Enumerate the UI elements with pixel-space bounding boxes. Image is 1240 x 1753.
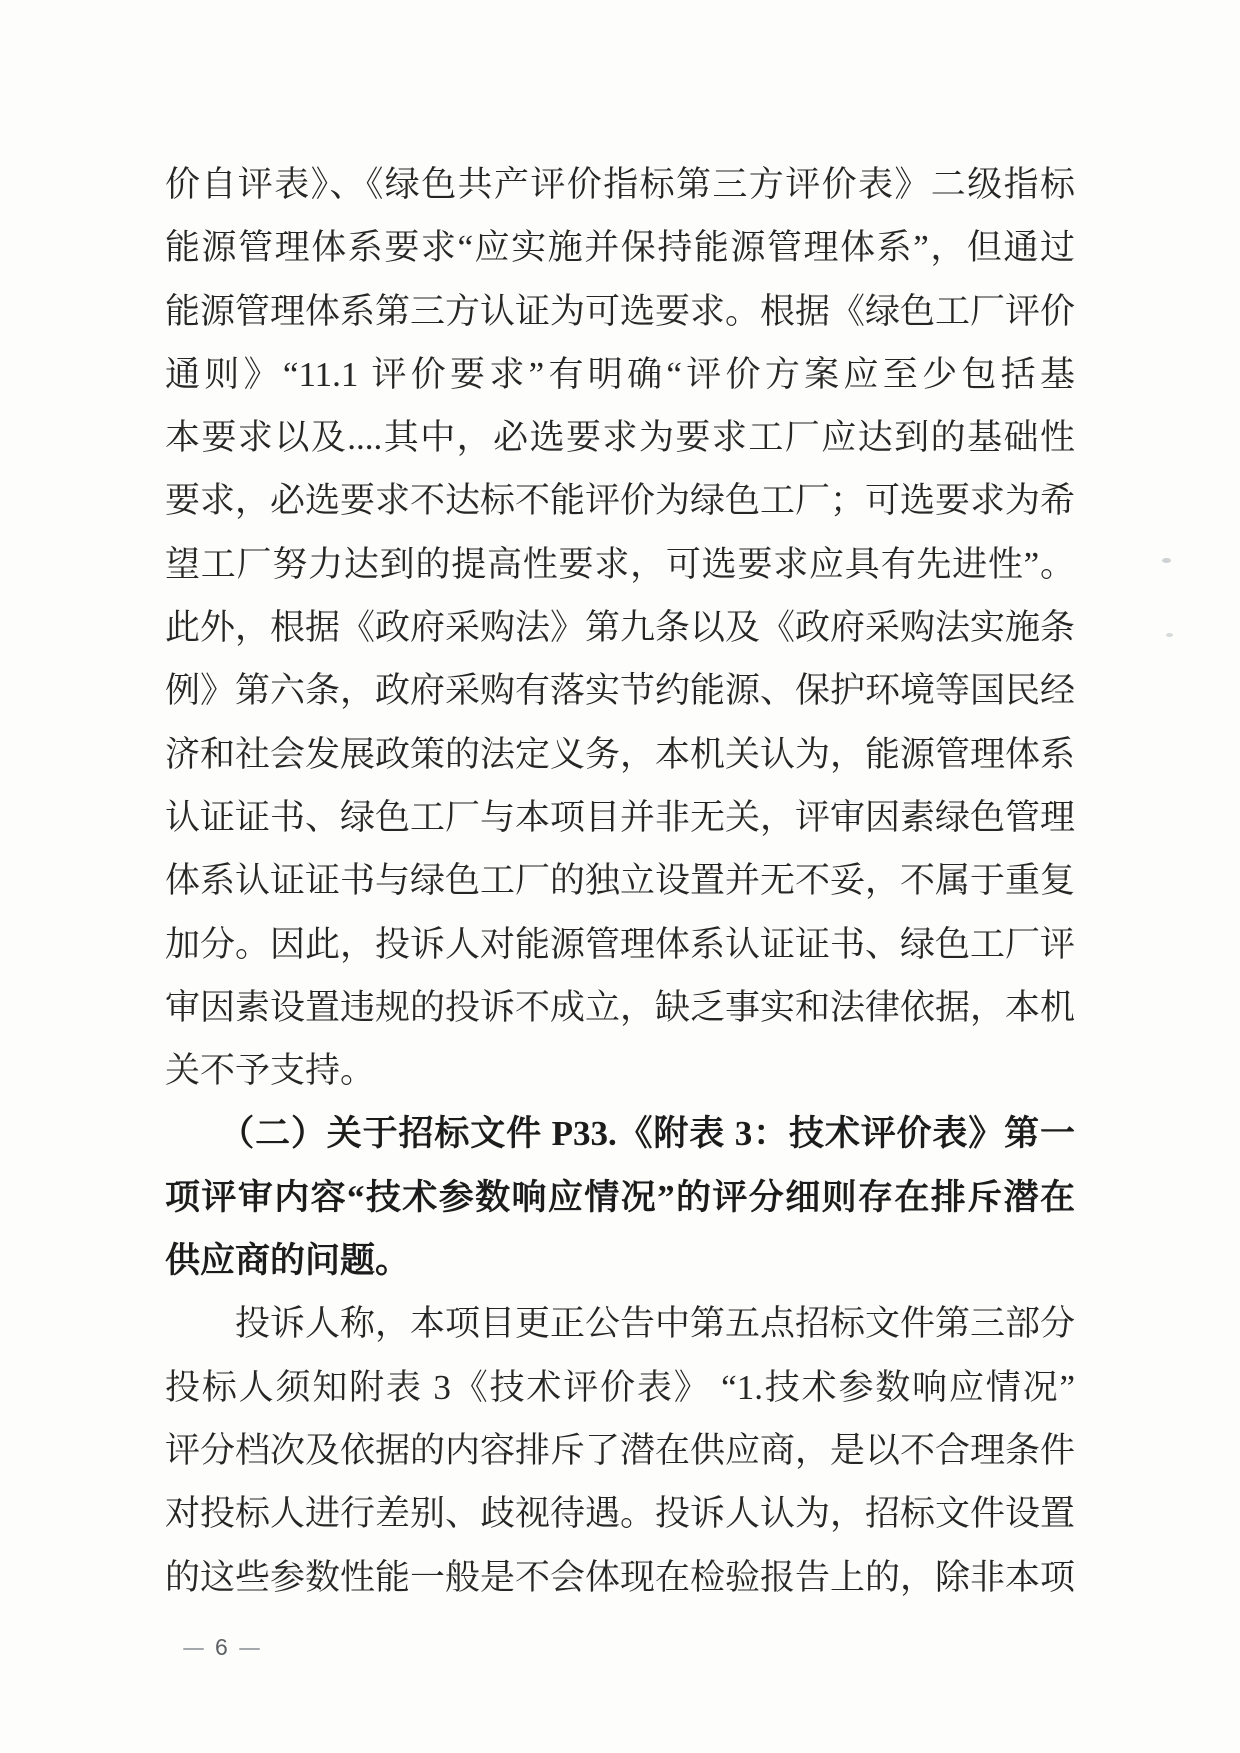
text-line: 能源管理体系要求“应实施并保持能源管理体系”，但通过 xyxy=(165,216,1075,279)
text-line: 投诉人称，本项目更正公告中第五点招标文件第三部分 xyxy=(165,1292,1075,1355)
text-line: 体系认证证书与绿色工厂的独立设置并无不妥，不属于重复 xyxy=(165,849,1075,912)
scan-artifact-speck xyxy=(1162,558,1171,563)
text-line: 济和社会发展政策的法定义务，本机关认为，能源管理体系 xyxy=(165,723,1075,786)
heading-line: （二）关于招标文件 P33.《附表 3：技术评价表》第一 xyxy=(165,1102,1075,1165)
text-line: 的这些参数性能一般是不会体现在检验报告上的，除非本项 xyxy=(165,1546,1075,1609)
text-line: 价自评表》、《绿色共产评价指标第三方评价表》二级指标 xyxy=(165,153,1075,216)
paragraph-heading-2: （二）关于招标文件 P33.《附表 3：技术评价表》第一 项评审内容“技术参数响… xyxy=(165,1102,1075,1292)
page-footer: 6 xyxy=(183,1637,260,1660)
text-line: 认证证书、绿色工厂与本项目并非无关，评审因素绿色管理 xyxy=(165,786,1075,849)
text-line: 要求，必选要求不达标不能评价为绿色工厂；可选要求为希 xyxy=(165,469,1075,532)
document-page: 价自评表》、《绿色共产评价指标第三方评价表》二级指标 能源管理体系要求“应实施并… xyxy=(0,0,1240,1753)
text-line: 投标人须知附表 3《技术评价表》 “1.技术参数响应情况” xyxy=(165,1356,1075,1419)
scan-artifact-speck xyxy=(1166,633,1173,637)
text-line: 通则》“11.1 评价要求”有明确“评价方案应至少包括基 xyxy=(165,343,1075,406)
heading-line: 项评审内容“技术参数响应情况”的评分细则存在排斥潜在 xyxy=(165,1166,1075,1229)
text-line: 关不予支持。 xyxy=(165,1039,1075,1102)
page-body-text: 价自评表》、《绿色共产评价指标第三方评价表》二级指标 能源管理体系要求“应实施并… xyxy=(165,153,1075,1609)
page-number: 6 xyxy=(215,1636,228,1659)
paragraph-continuation: 价自评表》、《绿色共产评价指标第三方评价表》二级指标 能源管理体系要求“应实施并… xyxy=(165,153,1075,1102)
text-line: 能源管理体系第三方认证为可选要求。根据《绿色工厂评价 xyxy=(165,280,1075,343)
text-line: 望工厂努力达到的提高性要求，可选要求应具有先进性”。 xyxy=(165,533,1075,596)
text-line: 例》第六条，政府采购有落实节约能源、保护环境等国民经 xyxy=(165,659,1075,722)
text-line: 对投标人进行差别、歧视待遇。投诉人认为，招标文件设置 xyxy=(165,1482,1075,1545)
footer-dash-left-icon xyxy=(183,1648,204,1650)
text-line: 评分档次及依据的内容排斥了潜在供应商，是以不合理条件 xyxy=(165,1419,1075,1482)
text-line: 加分。因此，投诉人对能源管理体系认证证书、绿色工厂评 xyxy=(165,913,1075,976)
text-line: 本要求以及....其中，必选要求为要求工厂应达到的基础性 xyxy=(165,406,1075,469)
text-line: 审因素设置违规的投诉不成立，缺乏事实和法律依据，本机 xyxy=(165,976,1075,1039)
text-line: 此外，根据《政府采购法》第九条以及《政府采购法实施条 xyxy=(165,596,1075,659)
heading-line: 供应商的问题。 xyxy=(165,1229,1075,1292)
paragraph-body: 投诉人称，本项目更正公告中第五点招标文件第三部分 投标人须知附表 3《技术评价表… xyxy=(165,1292,1075,1608)
footer-dash-right-icon xyxy=(239,1648,260,1650)
